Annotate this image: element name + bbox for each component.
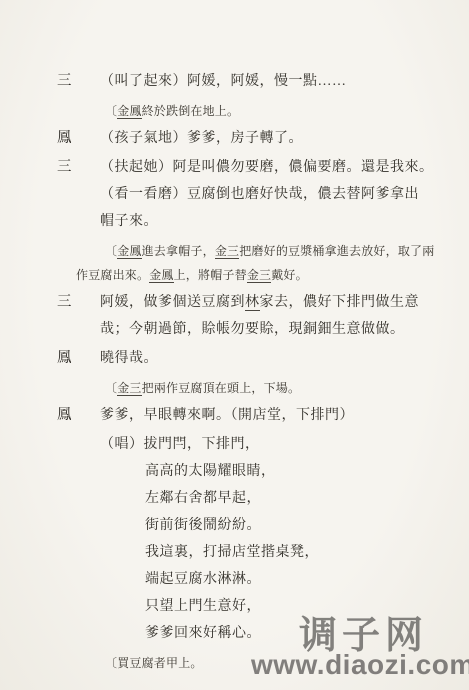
text-segment: （扶起她）阿是叫儂勿要磨，儂偏要磨。還是我來。 — [100, 160, 434, 175]
text-row: （叫了起來）阿媛，阿媛，慢一點…… — [100, 68, 437, 95]
text-segment: 街前街後鬧紛紛。 — [145, 518, 261, 533]
speaker-label: 鳳 — [57, 345, 100, 372]
text-segment: 〔 — [105, 104, 117, 118]
line-text: （唱）拔門閂，下排門， — [100, 431, 437, 458]
text-segment: 左鄰右舍都早起， — [145, 491, 261, 506]
text-row: 我這裏，打掃店堂揩桌凳， — [145, 539, 437, 566]
line-text: 左鄰右舍都早起， — [145, 485, 437, 512]
text-row: 〔金三把兩作豆腐頂在頭上，下場。 — [76, 376, 437, 400]
text-row: （看一看磨）豆腐倒也磨好快哉，儂去替阿爹拿出 — [100, 181, 437, 208]
speaker-label: 三 — [57, 68, 100, 95]
text-row: 爹爹，早眼轉來啊。（開店堂，下排門） — [100, 402, 437, 429]
script-line-songlead: （唱）拔門閂，下排門， — [57, 431, 437, 458]
speaker-label: 鳳 — [57, 402, 100, 429]
text-segment: 阿媛，做爹個送豆腐到 — [100, 295, 245, 310]
proper-name-underlined: 林 — [245, 295, 260, 311]
text-row: 哉；今朝過節，賒帳勿要賒，現銅鈿生意做做。 — [100, 316, 437, 343]
proper-name-underlined: 金鳳 — [117, 104, 141, 119]
text-row: 〔金鳳進去拿帽子，金三把磨好的豆漿桶拿進去放好，取了兩 — [76, 239, 437, 263]
proper-name-underlined: 金鳳 — [149, 268, 173, 283]
text-segment: （唱）拔門閂，下排門， — [100, 437, 260, 452]
text-row: （唱）拔門閂，下排門， — [100, 431, 437, 458]
line-text: 阿媛，做爹個送豆腐到林家去，儂好下排門做生意哉；今朝過節，賒帳勿要賒，現銅鈿生意… — [100, 289, 437, 343]
watermark-site-url: www.diaozi.com — [251, 649, 469, 681]
text-segment: 戴好。 — [271, 268, 308, 282]
script-line-dialogue: 三（扶起她）阿是叫儂勿要磨，儂偏要磨。還是我來。（看一看磨）豆腐倒也磨好快哉，儂… — [57, 154, 437, 235]
text-row: （孩子氣地）爹爹，房子轉了。 — [100, 125, 437, 152]
text-row: 曉得哉。 — [100, 345, 437, 372]
script-line-dialogue: 三阿媛，做爹個送豆腐到林家去，儂好下排門做生意哉；今朝過節，賒帳勿要賒，現銅鈿生… — [57, 289, 437, 343]
text-segment: 帽子來。 — [100, 214, 158, 229]
speaker-label: 三 — [57, 289, 100, 316]
text-row: 端起豆腐水淋淋。 — [145, 566, 437, 593]
text-segment: 作豆腐出來。 — [76, 268, 149, 282]
proper-name-underlined: 金三 — [247, 268, 271, 283]
text-segment: （叫了起來）阿媛，阿媛，慢一點…… — [100, 74, 347, 89]
speaker-label: 鳳 — [57, 125, 100, 152]
script-line-stage: 〔金鳳進去拿帽子，金三把磨好的豆漿桶拿進去放好，取了兩作豆腐出來。金鳳上，將帽子… — [57, 239, 437, 287]
text-segment: 只望上門生意好， — [145, 599, 261, 614]
text-segment: 高高的太陽耀眼睛， — [145, 464, 276, 479]
line-text: 街前街後鬧紛紛。 — [145, 512, 437, 539]
proper-name-underlined: 金鳳 — [117, 244, 141, 259]
script-line-dialogue: 鳳爹爹，早眼轉來啊。（開店堂，下排門） — [57, 402, 437, 429]
text-row: 帽子來。 — [100, 208, 437, 235]
text-row: 阿媛，做爹個送豆腐到林家去，儂好下排門做生意 — [100, 289, 437, 316]
script-line-song: 高高的太陽耀眼睛， — [57, 458, 437, 485]
line-text: 高高的太陽耀眼睛， — [145, 458, 437, 485]
line-text: （孩子氣地）爹爹，房子轉了。 — [100, 125, 437, 152]
text-segment: （看一看磨）豆腐倒也磨好快哉，儂去替阿爹拿出 — [100, 187, 419, 202]
script-line-stage: 〔金鳳終於跌倒在地上。 — [57, 99, 437, 123]
line-text: 〔金三把兩作豆腐頂在頭上，下場。 — [76, 376, 437, 400]
text-row: 〔金鳳終於跌倒在地上。 — [76, 99, 437, 123]
line-text: （叫了起來）阿媛，阿媛，慢一點…… — [100, 68, 437, 95]
script-line-dialogue: 鳳曉得哉。 — [57, 345, 437, 372]
text-row: 作豆腐出來。金鳳上，將帽子替金三戴好。 — [76, 263, 437, 287]
text-segment: 進去拿帽子， — [142, 244, 215, 258]
script-line-song: 左鄰右舍都早起， — [57, 485, 437, 512]
line-text: （扶起她）阿是叫儂勿要磨，儂偏要磨。還是我來。（看一看磨）豆腐倒也磨好快哉，儂去… — [100, 154, 437, 235]
text-segment: 爹爹回來好稱心。 — [145, 626, 261, 641]
text-segment: 〔 — [105, 381, 117, 395]
proper-name-underlined: 金三 — [117, 381, 141, 396]
line-text: 端起豆腐水淋淋。 — [145, 566, 437, 593]
text-segment: 上，將帽子替 — [174, 268, 247, 282]
proper-name-underlined: 金三 — [215, 244, 239, 259]
text-segment: 端起豆腐水淋淋。 — [145, 572, 261, 587]
script-line-song: 街前街後鬧紛紛。 — [57, 512, 437, 539]
line-text: 爹爹，早眼轉來啊。（開店堂，下排門） — [100, 402, 437, 429]
text-segment: 把兩作豆腐頂在頭上，下場。 — [142, 381, 301, 395]
text-segment: 家去，儂好下排門做生意 — [260, 295, 420, 310]
text-row: （扶起她）阿是叫儂勿要磨，儂偏要磨。還是我來。 — [100, 154, 437, 181]
text-segment: 爹爹，早眼轉來啊。（開店堂，下排門） — [100, 408, 354, 423]
text-row: 街前街後鬧紛紛。 — [145, 512, 437, 539]
text-segment: 終於跌倒在地上。 — [142, 104, 240, 118]
line-text: 〔金鳳進去拿帽子，金三把磨好的豆漿桶拿進去放好，取了兩作豆腐出來。金鳳上，將帽子… — [76, 239, 437, 287]
line-text: 〔金鳳終於跌倒在地上。 — [76, 99, 437, 123]
line-text: 我這裏，打掃店堂揩桌凳， — [145, 539, 437, 566]
script-line-dialogue: 鳳（孩子氣地）爹爹，房子轉了。 — [57, 125, 437, 152]
script-line-stage: 〔金三把兩作豆腐頂在頭上，下場。 — [57, 376, 437, 400]
text-segment: 曉得哉。 — [100, 351, 158, 366]
script-page-body: 三（叫了起來）阿媛，阿媛，慢一點……〔金鳳終於跌倒在地上。鳳（孩子氣地）爹爹，房… — [0, 0, 469, 675]
text-segment: 我這裏，打掃店堂揩桌凳， — [145, 545, 319, 560]
text-segment: 〔買豆腐者甲上。 — [105, 656, 203, 670]
speaker-label: 三 — [57, 154, 100, 181]
text-segment: （孩子氣地）爹爹，房子轉了。 — [100, 131, 303, 146]
line-text: 曉得哉。 — [100, 345, 437, 372]
text-row: 高高的太陽耀眼睛， — [145, 458, 437, 485]
script-line-dialogue: 三（叫了起來）阿媛，阿媛，慢一點…… — [57, 68, 437, 95]
text-segment: 把磨好的豆漿桶拿進去放好，取了兩 — [239, 244, 434, 258]
script-line-song: 端起豆腐水淋淋。 — [57, 566, 437, 593]
text-segment: 哉；今朝過節，賒帳勿要賒，現銅鈿生意做做。 — [100, 322, 405, 337]
text-row: 左鄰右舍都早起， — [145, 485, 437, 512]
text-segment: 〔 — [105, 244, 117, 258]
script-line-song: 我這裏，打掃店堂揩桌凳， — [57, 539, 437, 566]
